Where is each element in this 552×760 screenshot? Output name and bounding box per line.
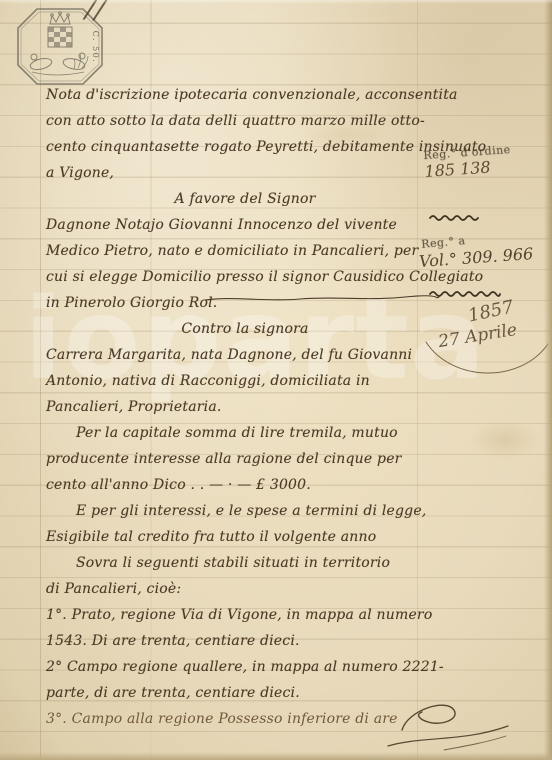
manuscript-line: Esigibile tal credito fra tutto il volge…: [46, 524, 444, 550]
manuscript-line: 1°. Prato, regione Via di Vigone, in map…: [46, 602, 444, 628]
manuscript-line: Sovra li seguenti stabili situati in ter…: [46, 550, 444, 576]
paper-stain: [470, 420, 540, 460]
manuscript-line: a Vigone,: [46, 160, 444, 186]
manuscript-line: A favore del Signor: [46, 186, 444, 212]
manuscript-line: Pancalieri, Proprietaria.: [46, 394, 444, 420]
manuscript-line: Dagnone Notajo Giovanni Innocenzo del vi…: [46, 212, 444, 238]
manuscript-line: Nota d'iscrizione ipotecaria convenziona…: [46, 82, 444, 108]
manuscript-line: E per gli interessi, e le spese a termin…: [46, 498, 444, 524]
document-scan: C. 50. // ioparta Nota d'iscrizione ipot…: [0, 0, 552, 760]
manuscript-line: con atto sotto la data delli quattro mar…: [46, 108, 444, 134]
manuscript-line: 1543. Di are trenta, centiare dieci.: [46, 628, 444, 654]
margin-registry-order: Reg.° d'ordine 185 138: [423, 143, 512, 181]
manuscript-line: parte, di are trenta, centiare dieci.: [46, 680, 444, 706]
manuscript-line: cento all'anno Dico . . — · — £ 3000.: [46, 472, 444, 498]
manuscript-line: producente interesse alla ragione del ci…: [46, 446, 444, 472]
manuscript-line: 3°. Campo alla regione Possesso inferior…: [46, 706, 444, 732]
left-margin-rule: [40, 0, 41, 760]
manuscript-line: Per la capitale somma di lire tremila, m…: [46, 420, 444, 446]
stamp-value-text: C. 50.: [91, 31, 100, 64]
manuscript-line: Carrera Margarita, nata Dagnone, del fu …: [46, 342, 444, 368]
manuscript-line: di Pancalieri, cioè:: [46, 576, 444, 602]
manuscript-lines: Nota d'iscrizione ipotecaria convenziona…: [46, 82, 444, 732]
page-bottom-edge: [0, 752, 552, 760]
page-top-edge: [0, 0, 552, 4]
manuscript-line: Medico Pietro, nato e domiciliato in Pan…: [46, 238, 444, 264]
manuscript-line: 2° Campo regione quallere, in mappa al n…: [46, 654, 444, 680]
manuscript-line: Antonio, nativa di Racconiggi, domicilia…: [46, 368, 444, 394]
manuscript-line: cui si elegge Domicilio presso il signor…: [46, 264, 444, 290]
margin-date: 27 Aprile: [437, 320, 518, 352]
manuscript-line: cento cinquantasette rogato Peyretti, de…: [46, 134, 444, 160]
manuscript-line: in Pinerolo Giorgio Rol.: [46, 290, 444, 316]
page-right-edge: [544, 0, 552, 760]
manuscript-line: Contro la signora: [46, 316, 444, 342]
